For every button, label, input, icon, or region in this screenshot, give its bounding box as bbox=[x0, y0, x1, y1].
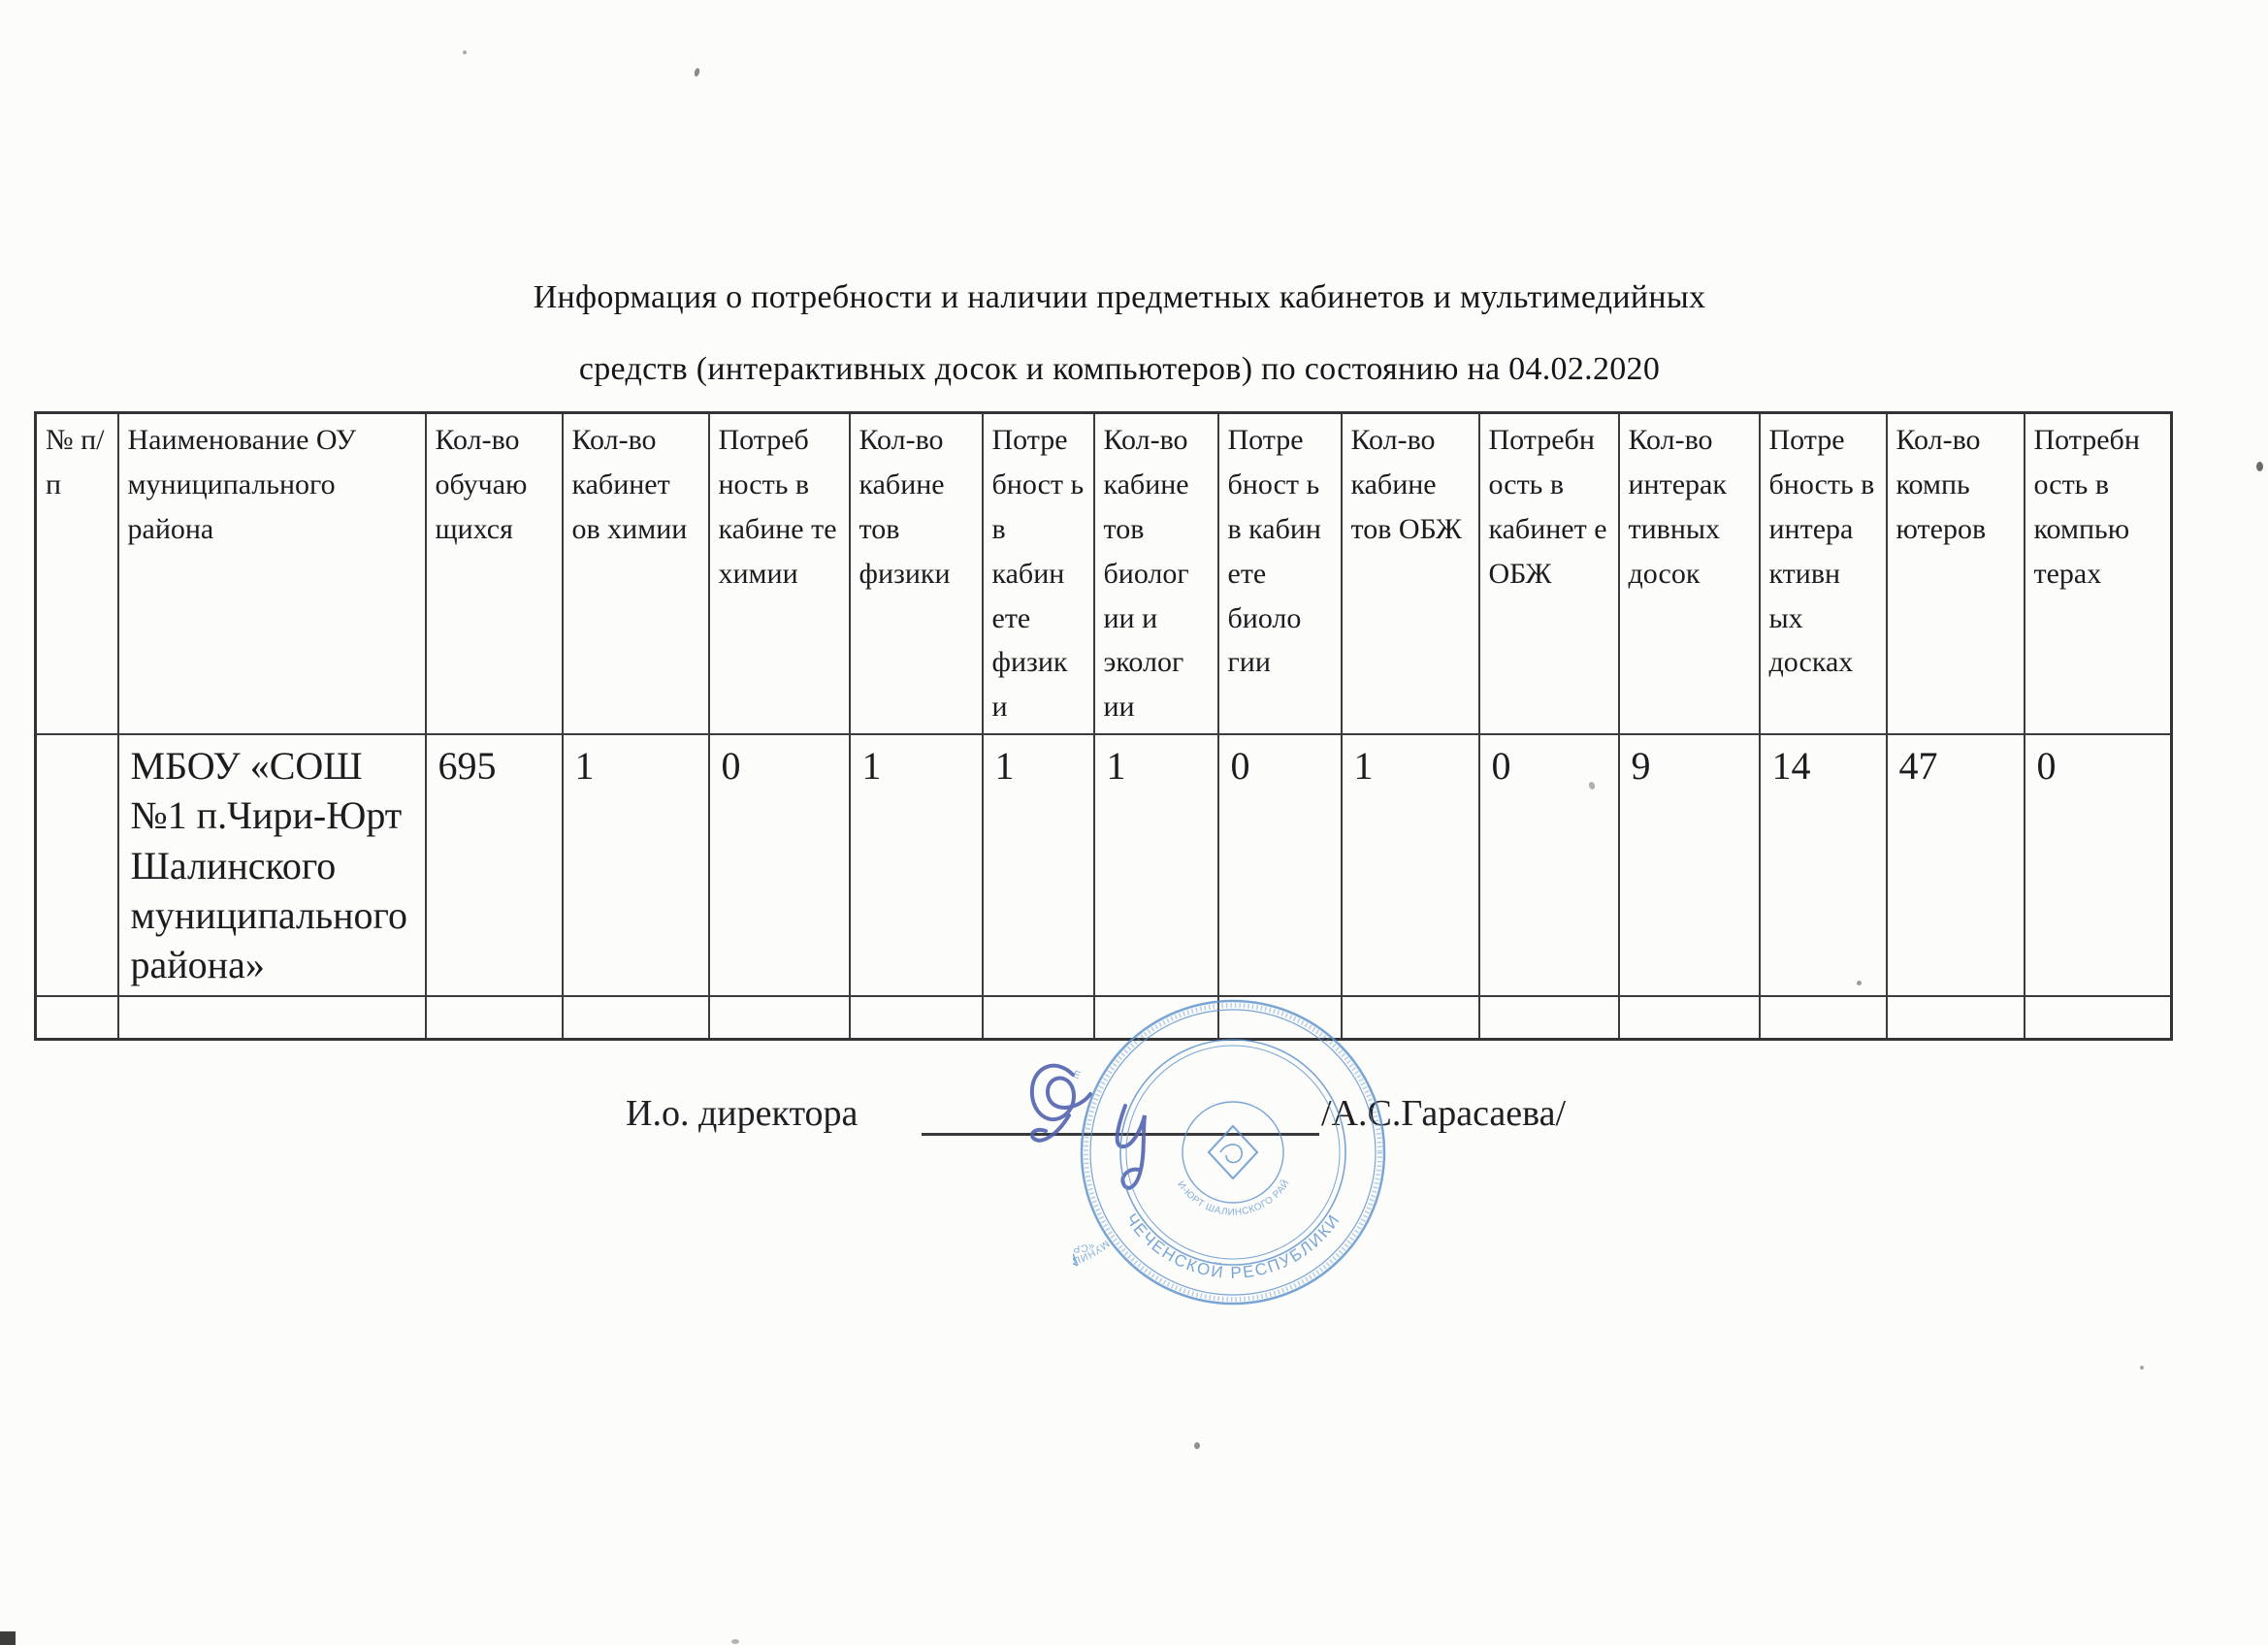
table-cell-obzh-need: 0 bbox=[1479, 734, 1619, 996]
table-cell-school-name: МБОУ «СОШ №1 п.Чири-Юрт Шалинского муниц… bbox=[118, 734, 426, 996]
table-row: МБОУ «СОШ №1 п.Чири-Юрт Шалинского муниц… bbox=[36, 734, 2172, 996]
table-cell-num bbox=[36, 734, 118, 996]
col-header-computers-count: Кол-во компь ютеров bbox=[1887, 413, 2025, 735]
scan-artifact bbox=[694, 68, 700, 78]
col-header-bio-rooms: Кол-во кабине тов биолог ии и эколог ии bbox=[1094, 413, 1218, 735]
col-header-bio-need: Потре бност ь в кабин ете биоло гии bbox=[1218, 413, 1342, 735]
col-header-computers-need: Потребн ость в компью терах bbox=[2025, 413, 2172, 735]
col-header-phys-need: Потре бност ь в кабин ете физик и bbox=[983, 413, 1094, 735]
round-stamp: АДМИНИСТРАЦИЯ ШАЛИНСКОГО МУНИЦИПАЛЬНОГО … bbox=[1073, 992, 1393, 1312]
document-title-line1: Информация о потребности и наличии предм… bbox=[0, 279, 2239, 316]
scan-artifact bbox=[731, 1639, 739, 1644]
table-header-row: № п/п Наименование ОУ муниципального рай… bbox=[36, 413, 2172, 735]
svg-text:п.ЧИРИ-ЮРТ ШАЛИНСКОГО РАЙОНА»: п.ЧИРИ-ЮРТ ШАЛИНСКОГО РАЙОНА» bbox=[1073, 992, 1292, 1218]
scanned-document-page: Информация о потребности и наличии предм… bbox=[0, 0, 2268, 1645]
table-cell-boards-count: 9 bbox=[1619, 734, 1760, 996]
stamp-ring-text-3: п.ЧИРИ-ЮРТ ШАЛИНСКОГО РАЙОНА» bbox=[1073, 992, 1292, 1218]
scan-artifact bbox=[0, 1631, 16, 1645]
col-header-chem-need: Потреб ность в кабине те химии bbox=[709, 413, 850, 735]
table-cell-bio-need: 0 bbox=[1218, 734, 1342, 996]
col-header-num: № п/п bbox=[36, 413, 118, 735]
scan-artifact bbox=[2256, 462, 2263, 471]
document-title-line2: средств (интерактивных досок и компьютер… bbox=[0, 351, 2239, 388]
table-cell-bio-rooms: 1 bbox=[1094, 734, 1218, 996]
table-cell-phys-rooms: 1 bbox=[850, 734, 983, 996]
table-cell-students: 695 bbox=[426, 734, 563, 996]
scan-artifact bbox=[1857, 981, 1862, 985]
col-header-boards-need: Потре бность в интера ктивн ых досках bbox=[1760, 413, 1887, 735]
table-cell-boards-need: 14 bbox=[1760, 734, 1887, 996]
scan-artifact bbox=[463, 50, 467, 54]
col-header-chem-rooms: Кол-во кабинет ов химии bbox=[563, 413, 709, 735]
table-cell-phys-need: 1 bbox=[983, 734, 1094, 996]
col-header-obzh-need: Потребн ость в кабинет е ОБЖ bbox=[1479, 413, 1619, 735]
table-cell-obzh-rooms: 1 bbox=[1342, 734, 1479, 996]
signature-role-label: И.о. директора bbox=[626, 1092, 858, 1135]
scan-artifact bbox=[1194, 1442, 1200, 1449]
scan-artifact bbox=[2140, 1366, 2144, 1370]
col-header-boards-count: Кол-во интерак тивных досок bbox=[1619, 413, 1760, 735]
table-cell-computers-need: 0 bbox=[2025, 734, 2172, 996]
col-header-students-count: Кол-во обучаю щихся bbox=[426, 413, 563, 735]
table-cell-chem-rooms: 1 bbox=[563, 734, 709, 996]
table-cell-chem-need: 0 bbox=[709, 734, 850, 996]
col-header-school-name: Наименование ОУ муниципального района bbox=[118, 413, 426, 735]
table-cell-computers-count: 47 bbox=[1887, 734, 2025, 996]
needs-availability-table: № п/п Наименование ОУ муниципального рай… bbox=[34, 411, 2173, 1041]
col-header-obzh-rooms: Кол-во кабине тов ОБЖ bbox=[1342, 413, 1479, 735]
col-header-phys-rooms: Кол-во кабине тов физики bbox=[850, 413, 983, 735]
